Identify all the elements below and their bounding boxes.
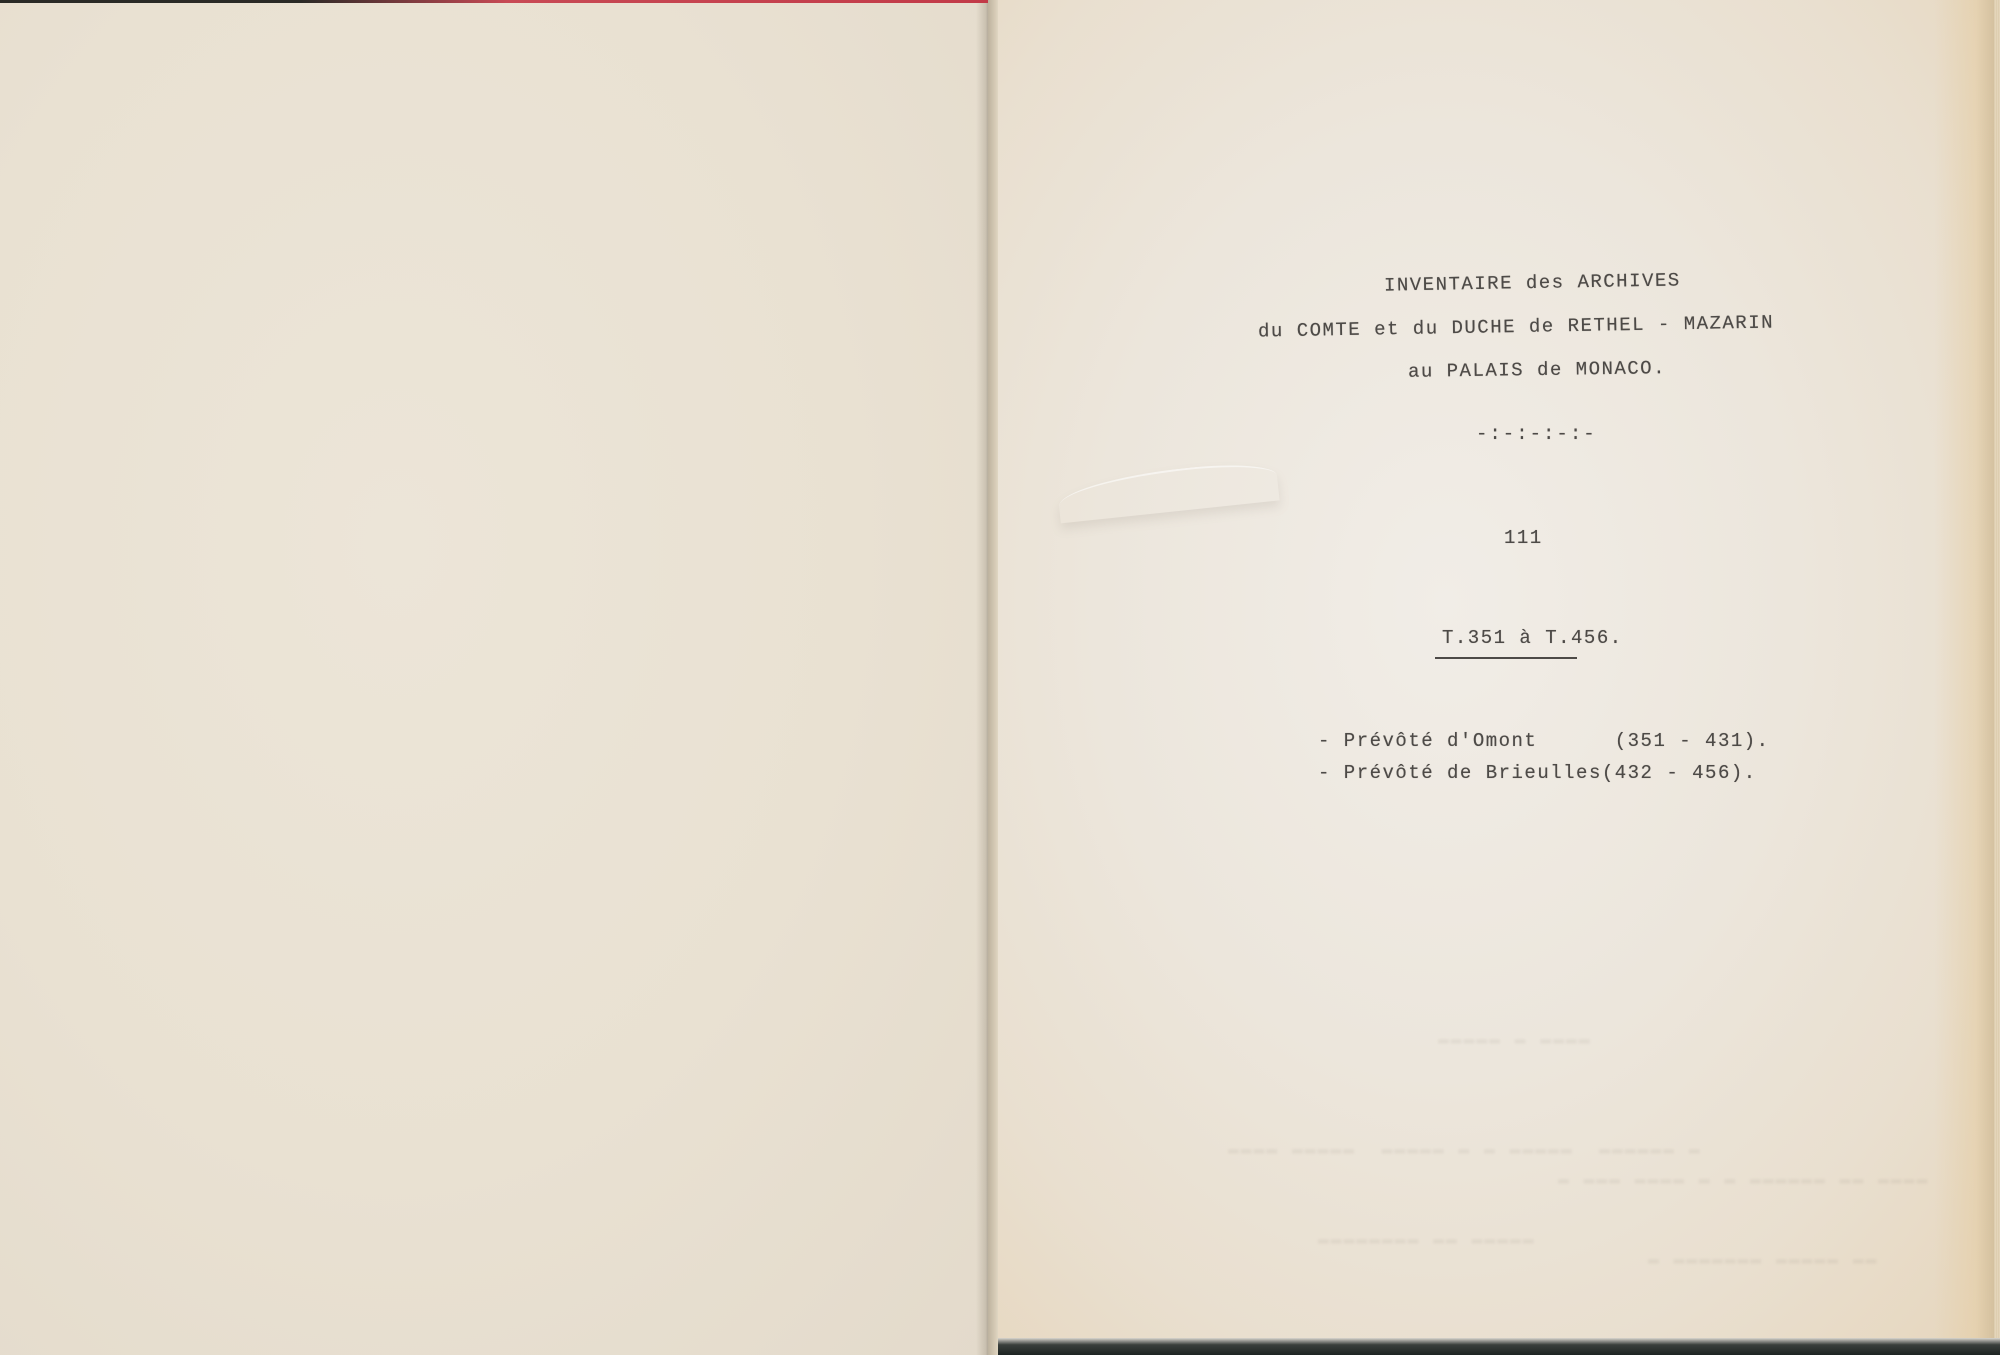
page-stack-edge xyxy=(1994,0,2000,1338)
bleed-through-mark: ▬▬▬▬▬ ▬ ▬▬▬▬ xyxy=(1438,1030,1592,1050)
item-range: T.351 à T.456. xyxy=(1442,627,1623,649)
paper-crease xyxy=(1056,459,1279,524)
bleed-through-mark: ▬▬▬▬▬▬▬▬ ▬▬ ▬▬▬▬▬ xyxy=(1318,1230,1536,1250)
bleed-through-mark: ▬ ▬▬▬▬▬▬▬ ▬▬▬▬▬ ▬▬ xyxy=(1648,1250,1878,1270)
bleed-through-mark: ▬▬▬▬ ▬▬▬▬▬ ▬▬▬▬▬ ▬ ▬ ▬▬▬▬▬ ▬▬▬▬▬▬ ▬ xyxy=(1228,1140,1702,1160)
volume-number: 111 xyxy=(1504,527,1543,549)
section-prevote-brieulles: - Prévôté de Brieulles(432 - 456). xyxy=(1318,762,1757,784)
right-page-title-page: INVENTAIRE des ARCHIVES du COMTE et du D… xyxy=(998,0,1994,1338)
left-page-blank xyxy=(0,3,990,1355)
title-line-2: du COMTE et du DUCHE de RETHEL - MAZARIN xyxy=(1258,311,1774,342)
range-underline xyxy=(1435,657,1577,659)
ornamental-separator: -:-:-:-:- xyxy=(1476,423,1597,445)
section-prevote-omont: - Prévôté d'Omont (351 - 431). xyxy=(1318,730,1770,752)
title-line-1: INVENTAIRE des ARCHIVES xyxy=(1384,269,1681,296)
book-cover-bottom xyxy=(998,1338,2000,1355)
bleed-through-mark: ▬ ▬▬▬ ▬▬▬▬ ▬ ▬ ▬▬▬▬▬▬ ▬▬ ▬▬▬▬ xyxy=(1558,1170,1929,1190)
title-line-3: au PALAIS de MONACO. xyxy=(1408,357,1666,383)
